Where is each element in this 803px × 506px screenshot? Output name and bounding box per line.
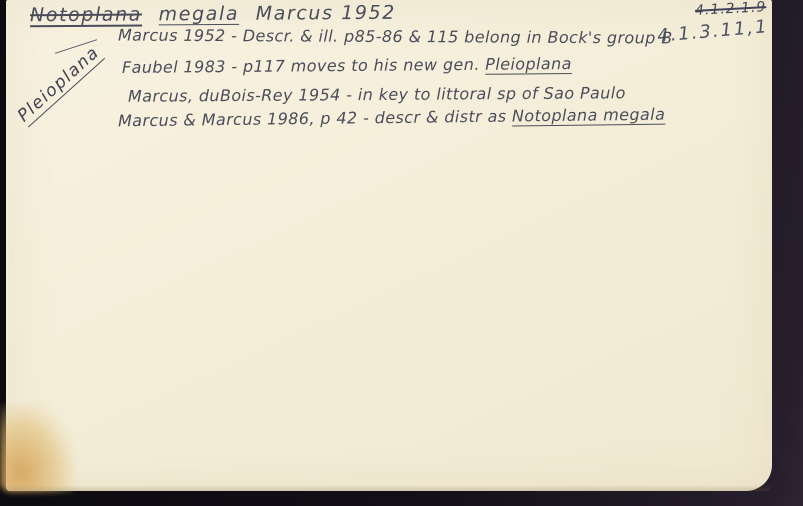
catalog-number-crossed-out: 4.1.2.1.9 [694,0,766,19]
citation-line-marcus-dubois-1954: Marcus, duBois-Rey 1954 - in key to litt… [128,83,626,105]
catalog-number: 4.1.3.11,1 [657,16,770,47]
index-card: Notoplana megala Marcus 1952 4.1.2.1.9 4… [6,0,772,491]
citation-text: Marcus 1952 - Descr. & ill. p85-86 & 115… [118,26,673,48]
card-edge-shadow [6,485,772,491]
author-citation: Marcus 1952 [256,2,396,25]
title-line: Notoplana megala Marcus 1952 [30,2,396,27]
citation-text: Faubel 1983 - p117 moves to his new gen. [122,55,485,77]
species-name-reference: Notoplana megala [512,105,666,126]
genus-name: Notoplana [30,3,142,26]
new-genus-name: Pleioplana [485,54,572,74]
citation-text: Marcus & Marcus 1986, p 42 - descr & dis… [118,107,512,131]
citation-line-marcus-1986: Marcus & Marcus 1986, p 42 - descr & dis… [118,105,665,131]
citation-text: Marcus, duBois-Rey 1954 - in key to litt… [128,83,626,105]
scan-stain [0,404,74,492]
margin-genus-annotation: Pleioplana [14,42,105,127]
citation-line-marcus-1952: Marcus 1952 - Descr. & ill. p85-86 & 115… [118,26,673,48]
species-name: megala [159,3,240,26]
citation-line-faubel-1983: Faubel 1983 - p117 moves to his new gen.… [122,54,572,77]
